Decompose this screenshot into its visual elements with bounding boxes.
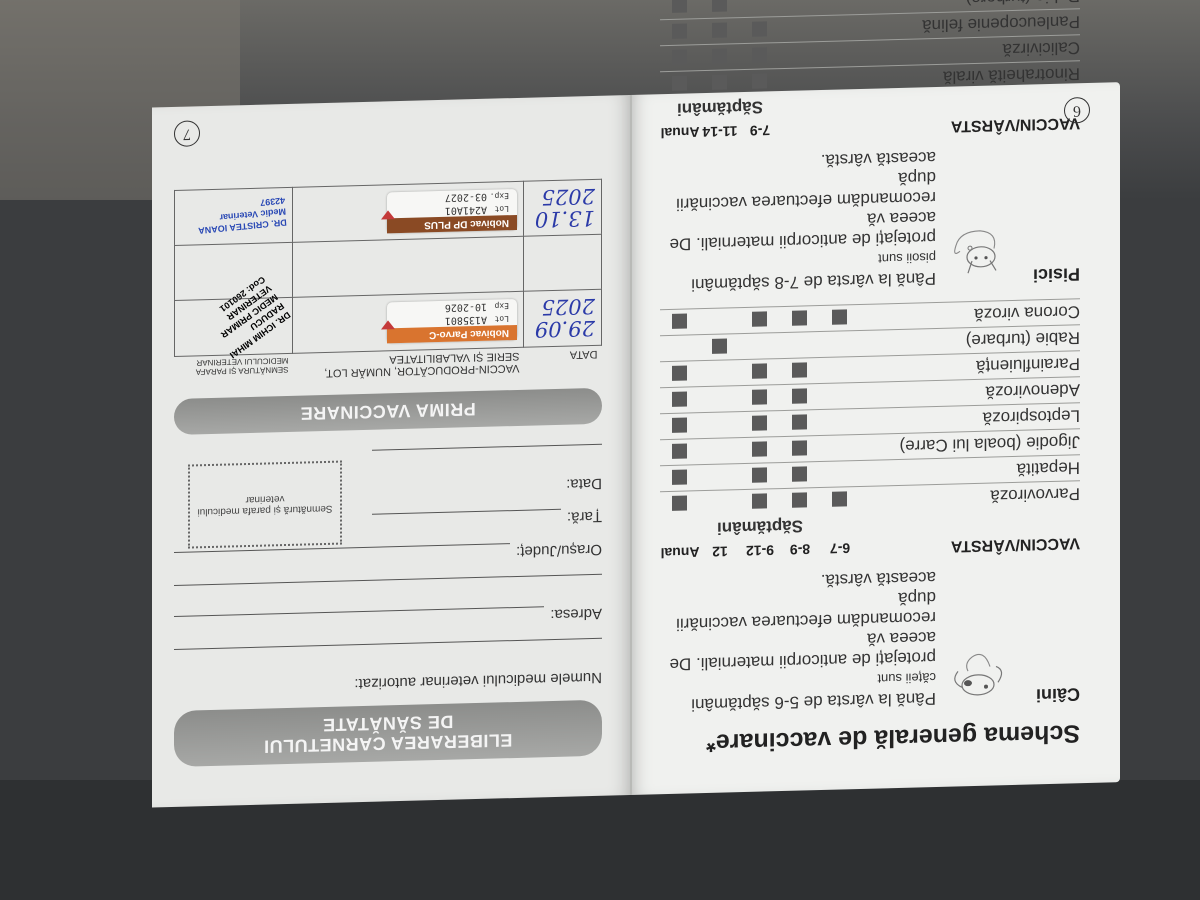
- schedule-mark-icon: [793, 467, 808, 482]
- entry-date[interactable]: 29.09 2025: [524, 289, 602, 347]
- vaccination-entry: 29.09 2025Nobivac Parvo-CLotA135801Exp10…: [175, 289, 602, 356]
- age-column: 7-9: [740, 119, 780, 142]
- schedule-mark-icon: [833, 492, 848, 507]
- age-column: 11-14: [700, 120, 740, 143]
- schedule-mark-icon: [793, 441, 808, 456]
- schedule-mark-icon: [793, 493, 808, 508]
- issue-header: ELIBERAREA CARNETULUI DE SĂNĂTATE: [174, 700, 602, 767]
- dog-drawing-icon: [948, 644, 1008, 702]
- schedule-mark-icon: [713, 75, 728, 90]
- vet-name-label: Numele medicului veterinar autorizat:: [174, 669, 602, 697]
- entry-vaccine[interactable]: [293, 236, 524, 297]
- schedule-mark-icon: [673, 50, 688, 65]
- entry-signature[interactable]: [175, 242, 293, 300]
- schedule-mark-icon: [793, 363, 808, 378]
- vet-stamp: DR. CRISTEA IOANAMedic Veterinar42397: [180, 195, 287, 238]
- age-column: Anual: [660, 541, 700, 564]
- page-title: Schema generală de vaccinare*: [660, 718, 1080, 758]
- dog-vaccine-table: VACCIN/VÂRSTA6-78-99-1212AnualSăptămâniP…: [660, 298, 1080, 564]
- sticker-mark-icon: [381, 210, 395, 219]
- first-vaccination-table: DATA VACCIN-PRODUCĂTOR, NUMĂR LOT, SERIE…: [174, 179, 602, 385]
- date-line[interactable]: [372, 444, 602, 465]
- entry-vaccine[interactable]: Nobivac DP PLUSLotA241A01Exp.03-2027: [293, 181, 524, 242]
- address-field[interactable]: Adresa:: [174, 605, 602, 633]
- page-number-7: 7: [174, 120, 200, 147]
- entry-date[interactable]: [524, 234, 602, 291]
- schedule-mark-icon: [673, 470, 688, 485]
- schedule-mark-icon: [713, 339, 728, 354]
- vaccine-sticker: Nobivac Parvo-CLotA135801Exp10-2026: [387, 299, 517, 343]
- age-column: 9-12: [740, 539, 780, 562]
- dogs-intro: Până la vârsta de 5-6 săptămâni cățeii s…: [660, 567, 936, 715]
- age-column: 12: [700, 540, 740, 563]
- dogs-section: Câini Până la vârsta de 5-6 săptămâni că…: [660, 563, 1080, 715]
- cat-vaccine-table: VACCIN/VÂRSTA7-911-14AnualSăptămâniRinot…: [660, 0, 1080, 144]
- page-vaccination-schedule: Schema generală de vaccinare* Câini Până…: [630, 82, 1120, 795]
- schedule-mark-icon: [753, 312, 768, 327]
- schedule-mark-icon: [673, 24, 688, 39]
- schedule-mark-icon: [673, 76, 688, 91]
- schedule-mark-icon: [753, 416, 768, 431]
- vaccine-sticker: Nobivac DP PLUSLotA241A01Exp.03-2027: [387, 189, 517, 233]
- schedule-mark-icon: [673, 418, 688, 433]
- schedule-mark-icon: [753, 48, 768, 63]
- cats-intro: Până la vârsta de 7-8 săptămâni pisoii s…: [660, 147, 936, 295]
- schedule-mark-icon: [793, 415, 808, 430]
- schedule-mark-icon: [673, 0, 688, 13]
- schedule-mark-icon: [753, 468, 768, 483]
- date-field[interactable]: Data:: [372, 475, 602, 498]
- schedule-mark-icon: [713, 0, 728, 12]
- schedule-mark-icon: [753, 442, 768, 457]
- age-column: Anual: [660, 121, 700, 144]
- col-vaccine: VACCIN-PRODUCĂTOR, NUMĂR LOT, SERIE ȘI V…: [293, 347, 524, 382]
- schedule-mark-icon: [673, 392, 688, 407]
- schedule-mark-icon: [753, 22, 768, 37]
- schedule-mark-icon: [753, 364, 768, 379]
- entry-signature[interactable]: DR. ICHIM MIHAI RADUCUMEDIC PRIMAR VETER…: [175, 297, 293, 356]
- cats-section: Pisici Până la vârsta de 7-8 săptămâni p…: [660, 143, 1080, 295]
- entry-date[interactable]: 13.10 2025: [524, 179, 602, 236]
- health-booklet: Schema generală de vaccinare* Câini Până…: [140, 82, 1120, 808]
- page-issuance-first-vaccination: ELIBERAREA CARNETULUI DE SĂNĂTATE Numele…: [152, 95, 630, 808]
- schedule-mark-icon: [673, 496, 688, 511]
- dogs-label: Câini: [1020, 563, 1080, 706]
- entry-signature[interactable]: DR. CRISTEA IOANAMedic Veterinar42397: [175, 187, 293, 245]
- schedule-mark-icon: [793, 389, 808, 404]
- page-number-6: 6: [1064, 97, 1090, 124]
- age-column: 8-9: [780, 538, 820, 561]
- cat-drawing-icon: [948, 224, 1008, 282]
- weeks-label: Săptămâni: [660, 512, 860, 542]
- schedule-mark-icon: [753, 74, 768, 89]
- schedule-mark-icon: [673, 444, 688, 459]
- country-field[interactable]: Țară:: [372, 508, 602, 531]
- sticker-mark-icon: [381, 321, 395, 330]
- cats-label: Pisici: [1020, 143, 1080, 286]
- schedule-mark-icon: [753, 390, 768, 405]
- vaccination-entry: 13.10 2025Nobivac DP PLUSLotA241A01Exp.0…: [175, 179, 602, 245]
- age-column: 6-7: [820, 537, 860, 560]
- signature-box[interactable]: Semnătură și parafa medicului veterinar: [188, 461, 342, 549]
- schedule-mark-icon: [753, 494, 768, 509]
- schedule-mark-icon: [793, 311, 808, 326]
- first-vaccination-header: PRIMA VACCINARE: [174, 388, 602, 435]
- schedule-mark-icon: [713, 23, 728, 38]
- schedule-mark-icon: [713, 49, 728, 64]
- schedule-mark-icon: [833, 310, 848, 325]
- vaccination-entry: [175, 234, 602, 300]
- vet-name-field[interactable]: [174, 638, 602, 664]
- col-date: DATA: [524, 345, 602, 376]
- schedule-mark-icon: [673, 366, 688, 381]
- entry-vaccine[interactable]: Nobivac Parvo-CLotA135801Exp10-2026: [293, 291, 524, 353]
- weeks-label: Săptămâni: [660, 94, 780, 122]
- address-field-2[interactable]: [174, 574, 602, 600]
- schedule-mark-icon: [673, 314, 688, 329]
